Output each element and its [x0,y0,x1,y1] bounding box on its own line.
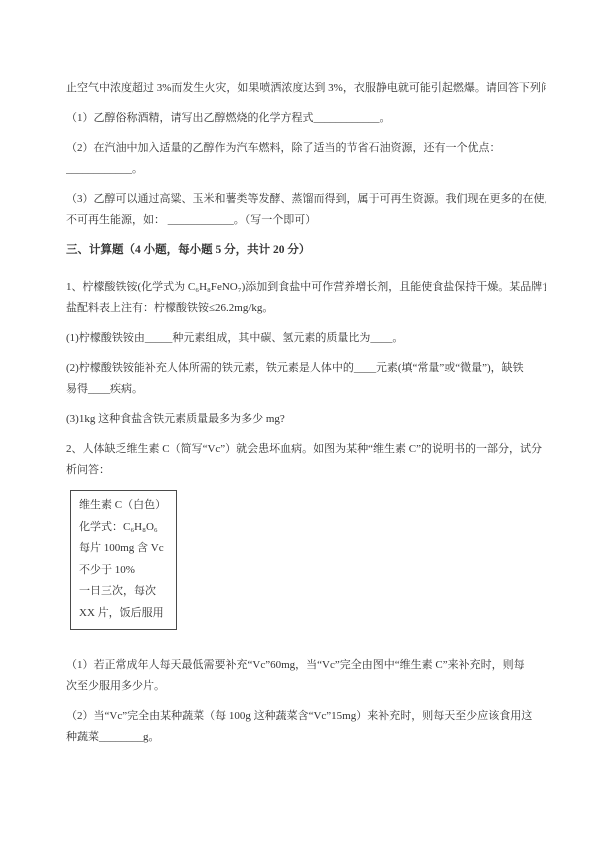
intro-line: 止空气中浓度超过 3%而发生火灾，如果喷洒浓度达到 3%，衣服静电就可能引起燃爆… [66,78,546,99]
vitamin-c-label-wrap: 维生素 C（白色） 化学式：C₆H₈O₆ 每片 100mg 含 Vc 不少于 1… [66,490,546,630]
ethanol-q1-line: （1）乙醇俗称酒精，请写出乙醇燃烧的化学方程式____________。 [66,108,546,129]
vc-label-content-per-tablet: 每片 100mg 含 Vc [79,538,166,560]
problem-1-part-3-line: (3)1kg 这种食盐含铁元素质量最多为多少 mg? [66,409,546,430]
problem-2-stem: 2、人体缺乏维生素 C（简写“Vc”）就会患坏血病。如图为某种“维生素 C”的说… [66,439,546,481]
problem-2-part-1: （1）若正常成年人每天最低需要补充“Vc”60mg，当“Vc”完全由图中“维生素… [66,655,546,697]
problem-1-stem-line2: 盐配料表上注有：柠檬酸铁铵≤26.2mg/kg。 [66,298,546,319]
section-3-header-line: 三、计算题（4 小题，每小题 5 分，共计 20 分） [66,240,546,261]
problem-1-stem: 1、柠檬酸铁铵(化学式为 C₆H₈FeNO₇)添加到食盐中可作营养增长剂，且能使… [66,277,546,319]
ethanol-q3-line1: （3）乙醇可以通过高粱、玉米和薯类等发酵、蒸馏而得到，属于可再生资源。我们现在更… [66,189,546,210]
problem-1-part-2-line2: 易得____疾病。 [66,379,546,400]
problem-2-part-2: （2）当“Vc”完全由某种蔬菜（每 100g 这种蔬菜含“Vc”15mg）来补充… [66,706,546,748]
problem-2-part-2-line2: 种蔬菜________g。 [66,727,546,748]
vitamin-c-label-box: 维生素 C（白色） 化学式：C₆H₈O₆ 每片 100mg 含 Vc 不少于 1… [70,490,177,630]
ethanol-question-3: （3）乙醇可以通过高粱、玉米和薯类等发酵、蒸馏而得到，属于可再生资源。我们现在更… [66,189,546,231]
problem-1-stem-line1: 1、柠檬酸铁铵(化学式为 C₆H₈FeNO₇)添加到食盐中可作营养增长剂，且能使… [66,277,546,298]
ethanol-q2-line1: （2）在汽油中加入适量的乙醇作为汽车燃料，除了适当的节省石油资源，还有一个优点： [66,138,546,159]
vc-label-dosage-line1: 一日三次，每次 [79,581,166,603]
ethanol-q2-line2: ____________。 [66,159,546,180]
problem-2-part-1-line2: 次至少服用多少片。 [66,676,546,697]
document-page: 止空气中浓度超过 3%而发生火灾，如果喷洒浓度达到 3%，衣服静电就可能引起燃爆… [0,0,600,848]
ethanol-q3-line2: 不可再生能源，如： ____________。（写一个即可） [66,210,546,231]
intro-paragraph: 止空气中浓度超过 3%而发生火灾，如果喷洒浓度达到 3%，衣服静电就可能引起燃爆… [66,78,546,99]
problem-1-part-2-line1: (2)柠檬酸铁铵能补充人体所需的铁元素，铁元素是人体中的____元素(填“常量”… [66,358,546,379]
problem-2-part-2-line1: （2）当“Vc”完全由某种蔬菜（每 100g 这种蔬菜含“Vc”15mg）来补充… [66,706,546,727]
problem-1-part-3: (3)1kg 这种食盐含铁元素质量最多为多少 mg? [66,409,546,430]
ethanol-question-1: （1）乙醇俗称酒精，请写出乙醇燃烧的化学方程式____________。 [66,108,546,129]
problem-2-stem-line1: 2、人体缺乏维生素 C（简写“Vc”）就会患坏血病。如图为某种“维生素 C”的说… [66,439,546,460]
vc-label-min-content: 不少于 10% [79,560,166,582]
vc-label-title: 维生素 C（白色） [79,495,166,517]
vc-label-dosage-line2: XX 片，饭后服用 [79,603,166,625]
vc-label-formula: 化学式：C₆H₈O₆ [79,517,166,539]
problem-1-part-1-line: (1)柠檬酸铁铵由_____种元素组成，其中碳、氢元素的质量比为____。 [66,328,546,349]
problem-1-part-2: (2)柠檬酸铁铵能补充人体所需的铁元素，铁元素是人体中的____元素(填“常量”… [66,358,546,400]
problem-2-part-1-line1: （1）若正常成年人每天最低需要补充“Vc”60mg，当“Vc”完全由图中“维生素… [66,655,546,676]
problem-2-stem-line2: 析问答： [66,460,546,481]
problem-1-part-1: (1)柠檬酸铁铵由_____种元素组成，其中碳、氢元素的质量比为____。 [66,328,546,349]
ethanol-question-2: （2）在汽油中加入适量的乙醇作为汽车燃料，除了适当的节省石油资源，还有一个优点：… [66,138,546,180]
section-3-header: 三、计算题（4 小题，每小题 5 分，共计 20 分） [66,240,546,261]
